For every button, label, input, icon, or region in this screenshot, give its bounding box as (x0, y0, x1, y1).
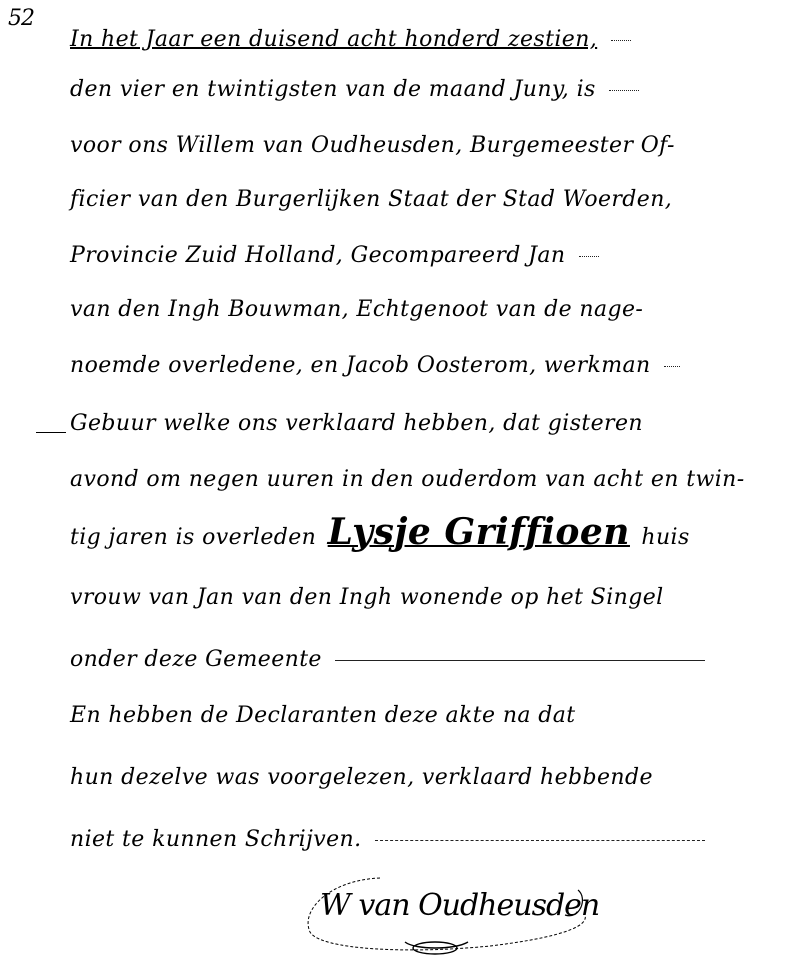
line-text: voor ons Willem van Oudheusden, Burgemee… (70, 124, 675, 168)
text-line-2: den vier en twintigsten van de maand Jun… (70, 68, 770, 112)
line-text: ficier van den Burgerlijken Staat der St… (70, 178, 672, 222)
line-fill-rule (335, 660, 705, 661)
line-text: Provincie Zuid Holland, Gecompareerd Jan (70, 234, 565, 278)
text-line-11: vrouw van Jan van den Ingh wonende op he… (70, 576, 770, 620)
signature-text: W van Oudheusden (320, 888, 599, 923)
line-text: In het Jaar een duisend acht honderd zes… (70, 18, 597, 62)
text-line-10: tig jaren is overleden Lysje Griffioen h… (70, 510, 770, 554)
line-text: den vier en twintigsten van de maand Jun… (70, 68, 596, 112)
line-text: onder deze Gemeente (70, 638, 322, 682)
text-line-7: noemde overledene, en Jacob Oosterom, we… (70, 344, 770, 388)
line-text: vrouw van Jan van den Ingh wonende op he… (70, 576, 664, 620)
line-text: niet te kunnen Schrijven. (70, 818, 361, 862)
line-text: En hebben de Declaranten deze akte na da… (70, 694, 576, 738)
line-text: van den Ingh Bouwman, Echtgenoot van de … (70, 288, 643, 332)
deceased-name: Lysje Griffioen (328, 511, 630, 553)
line-text: huis (641, 516, 689, 560)
text-line-15: niet te kunnen Schrijven. (70, 818, 770, 862)
line-fill-dots (611, 40, 631, 41)
text-line-4: ficier van den Burgerlijken Staat der St… (70, 178, 770, 222)
line-fill-rule (375, 840, 705, 841)
text-line-6: van den Ingh Bouwman, Echtgenoot van de … (70, 288, 770, 332)
text-line-13: En hebben de Declaranten deze akte na da… (70, 694, 770, 738)
folio-number: 52 (8, 6, 34, 31)
line-text: tig jaren is overleden (70, 516, 316, 560)
line-text: Gebuur welke ons verklaard hebben, dat g… (70, 402, 643, 446)
line-text: noemde overledene, en Jacob Oosterom, we… (70, 344, 651, 388)
document-page: 52 In het Jaar een duisend acht honderd … (0, 0, 800, 960)
text-line-8: Gebuur welke ons verklaard hebben, dat g… (70, 402, 770, 446)
text-line-5: Provincie Zuid Holland, Gecompareerd Jan (70, 234, 770, 278)
signature-block: W van Oudheusden (290, 870, 600, 950)
text-line-14: hun dezelve was voorgelezen, verklaard h… (70, 756, 770, 800)
line-fill-dots (664, 366, 680, 367)
margin-flourish (36, 432, 66, 433)
text-line-9: avond om negen uuren in den ouderdom van… (70, 458, 770, 502)
text-line-12: onder deze Gemeente (70, 638, 770, 682)
line-text: hun dezelve was voorgelezen, verklaard h… (70, 756, 653, 800)
line-text: avond om negen uuren in den ouderdom van… (70, 458, 745, 502)
line-fill-dots (579, 256, 599, 257)
text-line-3: voor ons Willem van Oudheusden, Burgemee… (70, 124, 770, 168)
line-fill-dots (609, 90, 639, 91)
text-line-1: In het Jaar een duisend acht honderd zes… (70, 18, 770, 62)
